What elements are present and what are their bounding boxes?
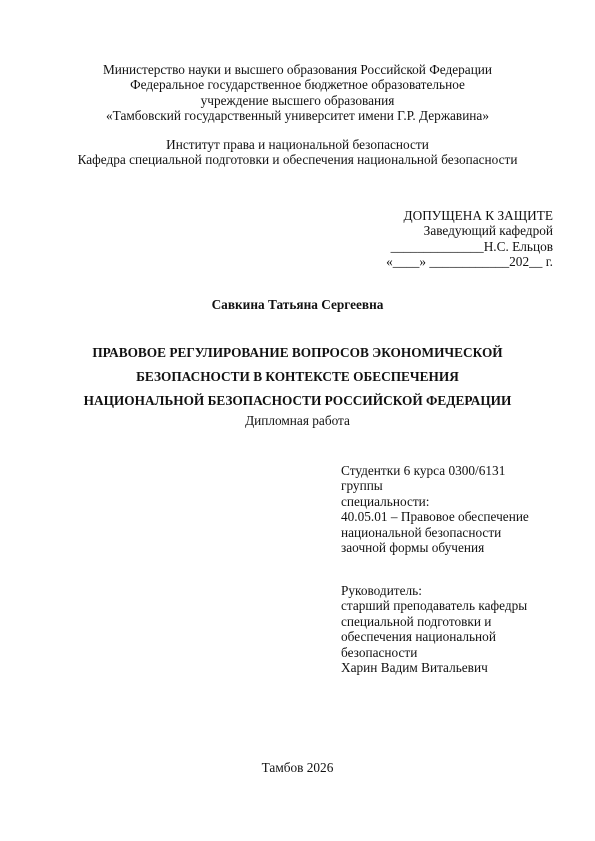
supervisor-line: безопасности bbox=[341, 645, 527, 660]
supervisor-info: Руководитель: старший преподаватель кафе… bbox=[341, 583, 527, 675]
student-line: группы bbox=[341, 478, 529, 493]
approval-signature: ______________Н.С. Ельцов bbox=[386, 239, 553, 254]
department-name: Кафедра специальной подготовки и обеспеч… bbox=[0, 152, 595, 167]
header-line: Федеральное государственное бюджетное об… bbox=[0, 77, 595, 92]
approval-position: Заведующий кафедрой bbox=[386, 223, 553, 238]
approval-date: «____» ____________202__ г. bbox=[386, 254, 553, 269]
supervisor-line: обеспечения национальной bbox=[341, 629, 527, 644]
approval-block: ДОПУЩЕНА К ЗАЩИТЕ Заведующий кафедрой __… bbox=[386, 208, 553, 270]
title-line: ПРАВОВОЕ РЕГУЛИРОВАНИЕ ВОПРОСОВ ЭКОНОМИЧ… bbox=[0, 341, 595, 365]
student-info: Студентки 6 курса 0300/6131 группы специ… bbox=[341, 463, 529, 555]
student-line: специальности: bbox=[341, 494, 529, 509]
student-line: национальной безопасности bbox=[341, 525, 529, 540]
header-line: учреждение высшего образования bbox=[0, 93, 595, 108]
approval-heading: ДОПУЩЕНА К ЗАЩИТЕ bbox=[386, 208, 553, 223]
work-type: Дипломная работа bbox=[0, 413, 595, 428]
city-year: Тамбов 2026 bbox=[0, 760, 595, 775]
student-line: 40.05.01 – Правовое обеспечение bbox=[341, 509, 529, 524]
author-name: Савкина Татьяна Сергеевна bbox=[0, 297, 595, 312]
ministry-header: Министерство науки и высшего образования… bbox=[0, 62, 595, 124]
supervisor-line: старший преподаватель кафедры bbox=[341, 598, 527, 613]
institute-name: Институт права и национальной безопаснос… bbox=[0, 137, 595, 152]
title-line: БЕЗОПАСНОСТИ В КОНТЕКСТЕ ОБЕСПЕЧЕНИЯ bbox=[0, 365, 595, 389]
header-line: Министерство науки и высшего образования… bbox=[0, 62, 595, 77]
student-line: Студентки 6 курса 0300/6131 bbox=[341, 463, 529, 478]
supervisor-name: Харин Вадим Витальевич bbox=[341, 660, 527, 675]
student-line: заочной формы обучения bbox=[341, 540, 529, 555]
institute-block: Институт права и национальной безопаснос… bbox=[0, 137, 595, 168]
supervisor-line: специальной подготовки и bbox=[341, 614, 527, 629]
thesis-title: ПРАВОВОЕ РЕГУЛИРОВАНИЕ ВОПРОСОВ ЭКОНОМИЧ… bbox=[0, 341, 595, 413]
header-line: «Тамбовский государственный университет … bbox=[0, 108, 595, 123]
title-line: НАЦИОНАЛЬНОЙ БЕЗОПАСНОСТИ РОССИЙСКОЙ ФЕД… bbox=[0, 389, 595, 413]
supervisor-line: Руководитель: bbox=[341, 583, 527, 598]
